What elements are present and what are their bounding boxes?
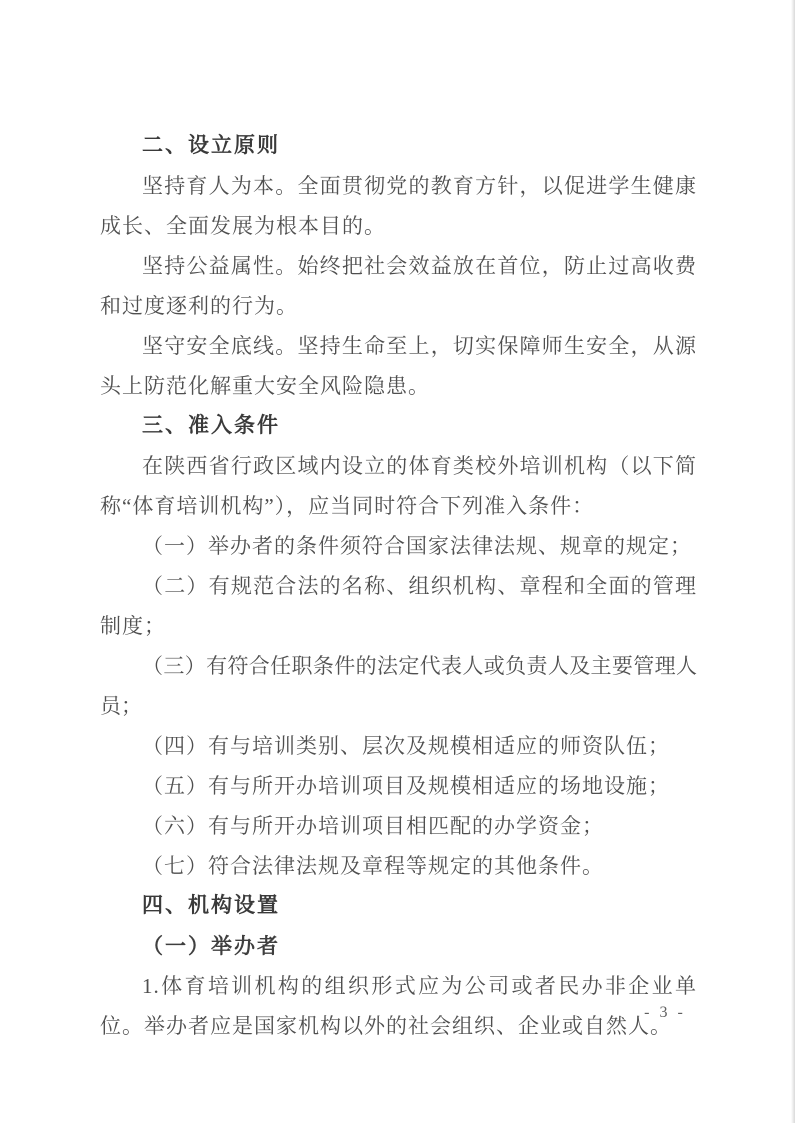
paragraph: 坚持公益属性。始终把社会效益放在首位，防止过高收费和过度逐利的行为。 [100,246,697,326]
list-item: （四）有与培训类别、层次及规模相适应的师资队伍； [100,726,697,766]
list-item: （一）举办者的条件须符合国家法律法规、规章的规定； [100,526,697,566]
list-item: （二）有规范合法的名称、组织机构、章程和全面的管理制度； [100,566,697,646]
list-item: （三）有符合任职条件的法定代表人或负责人及主要管理人员； [100,646,697,726]
page-number: - 3 - [630,1002,700,1024]
section-heading-4: 四、机构设置 [100,886,697,926]
subsection-heading: （一）举办者 [100,926,697,966]
section-heading-3: 三、准入条件 [100,406,697,446]
document-page: 二、设立原则 坚持育人为本。全面贯彻党的教育方针，以促进学生健康成长、全面发展为… [0,0,795,1123]
section-heading-2: 二、设立原则 [100,126,697,166]
scan-edge-shadow [791,0,795,1123]
paragraph: 坚守安全底线。坚持生命至上，切实保障师生安全，从源头上防范化解重大安全风险隐患。 [100,326,697,406]
list-item: （七）符合法律法规及章程等规定的其他条件。 [100,846,697,886]
list-item: （五）有与所开办培训项目及规模相适应的场地设施； [100,766,697,806]
paragraph: 在陕西省行政区域内设立的体育类校外培训机构（以下简称“体育培训机构”），应当同时… [100,446,697,526]
paragraph: 坚持育人为本。全面贯彻党的教育方针，以促进学生健康成长、全面发展为根本目的。 [100,166,697,246]
paragraph: 1.体育培训机构的组织形式应为公司或者民办非企业单位。举办者应是国家机构以外的社… [100,966,697,1046]
list-item: （六）有与所开办培训项目相匹配的办学资金； [100,806,697,846]
document-body: 二、设立原则 坚持育人为本。全面贯彻党的教育方针，以促进学生健康成长、全面发展为… [100,126,697,1046]
